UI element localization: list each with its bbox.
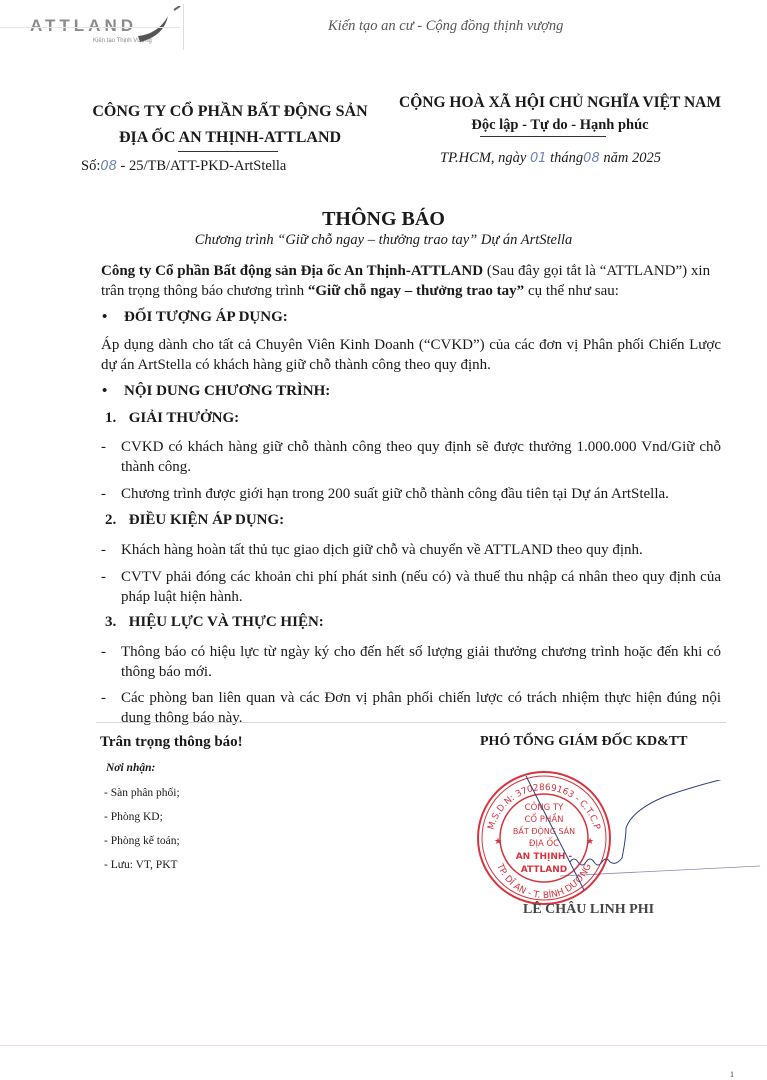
- item-number: 2.: [105, 512, 125, 529]
- bullet-text: Các phòng ban liên quan và các Đơn vị ph…: [121, 690, 721, 726]
- signer-name: LÊ CHÂU LINH PHI: [523, 902, 654, 918]
- company-underline: [178, 151, 278, 152]
- date-day: 01: [530, 151, 547, 166]
- nation-line-1: CỘNG HOÀ XÃ HỘI CHỦ NGHĨA VIỆT NAM: [395, 91, 725, 114]
- page-number: 1: [730, 1070, 734, 1079]
- item-heading-text: HIỆU LỰC VÀ THỰC HIỆN:: [129, 614, 324, 630]
- section-heading-text: NỘI DUNG CHƯƠNG TRÌNH:: [124, 383, 330, 399]
- item-heading-text: GIẢI THƯỞNG:: [129, 410, 239, 426]
- intro-tail: cụ thể như sau:: [524, 283, 619, 299]
- recipients-label: Nơi nhận:: [106, 762, 155, 774]
- docno-suffix: - 25/TB/ATT-PKD-ArtStella: [117, 158, 286, 174]
- document-subtitle: Chương trình “Giữ chỗ ngay – thưởng trao…: [0, 232, 767, 249]
- dash-icon: -: [101, 642, 106, 662]
- date-mid: tháng: [547, 150, 584, 166]
- logo-swoosh-icon: [128, 6, 188, 46]
- dateline: TP.HCM, ngày 01 tháng08 năm 2025: [440, 150, 661, 167]
- docno-handwritten: 08: [100, 159, 117, 174]
- bullet-text: CVKD có khách hàng giữ chỗ thành công th…: [121, 439, 721, 475]
- letterhead: ATTLAND Kiến tạo Thịnh Vượng Kiến tạo an…: [0, 0, 767, 52]
- nation-underline: [480, 136, 606, 137]
- bullet-text: Chương trình được giới hạn trong 200 suấ…: [121, 486, 669, 502]
- bullet-icon: •: [102, 309, 107, 326]
- logo-text: ATTLAND: [30, 16, 137, 36]
- item-1-bullet-2: - Chương trình được giới hạn trong 200 s…: [121, 484, 721, 504]
- dash-icon: -: [101, 567, 106, 587]
- item-3-heading: 3. HIỆU LỰC VÀ THỰC HIỆN:: [105, 614, 324, 631]
- header-rule: [0, 27, 180, 28]
- company-name: CÔNG TY CỔ PHẦN BẤT ĐỘNG SẢN ĐỊA ỐC AN T…: [80, 99, 380, 151]
- scan-edge-line: [0, 1045, 767, 1046]
- svg-text:ĐỊA ỐC: ĐỊA ỐC: [529, 836, 559, 849]
- section-content-heading: • NỘI DUNG CHƯƠNG TRÌNH:: [124, 383, 330, 400]
- closing-regards: Trân trọng thông báo!: [100, 734, 243, 751]
- dash-icon: -: [101, 688, 106, 708]
- date-suffix: năm 2025: [600, 150, 661, 166]
- company-line-1: CÔNG TY CỔ PHẦN BẤT ĐỘNG SẢN: [80, 99, 380, 125]
- bullet-text: Thông báo có hiệu lực từ ngày ký cho đến…: [121, 644, 721, 680]
- item-3-bullet-1: - Thông báo có hiệu lực từ ngày ký cho đ…: [121, 642, 721, 682]
- company-logo: ATTLAND Kiến tạo Thịnh Vượng: [18, 6, 178, 50]
- dash-icon: -: [101, 437, 106, 457]
- document-number: Số:08 - 25/TB/ATT-PKD-ArtStella: [81, 158, 286, 175]
- item-number: 3.: [105, 614, 125, 631]
- item-2-bullet-1: - Khách hàng hoàn tất thủ tục giao dịch …: [121, 540, 721, 560]
- nation-line-2: Độc lập - Tự do - Hạnh phúc: [395, 114, 725, 137]
- document-title: THÔNG BÁO: [0, 208, 767, 231]
- recipient-item: - Lưu: VT, PKT: [104, 859, 178, 871]
- section-target-text: Áp dụng dành cho tất cả Chuyên Viên Kinh…: [101, 335, 721, 375]
- signer-title: PHÓ TỔNG GIÁM ĐỐC KD&TT: [480, 734, 687, 750]
- intro-program: “Giữ chỗ ngay – thưởng trao tay”: [308, 283, 524, 299]
- item-heading-text: ĐIỀU KIỆN ÁP DỤNG:: [129, 512, 284, 528]
- intro-paragraph: Công ty Cổ phần Bất động sản Địa ốc An T…: [101, 261, 721, 301]
- scan-divider: [96, 722, 726, 723]
- item-1-heading: 1. GIẢI THƯỞNG:: [105, 410, 239, 427]
- recipient-item: - Phòng KD;: [104, 811, 163, 823]
- national-motto: CỘNG HOÀ XÃ HỘI CHỦ NGHĨA VIỆT NAM Độc l…: [395, 91, 725, 137]
- bullet-icon: •: [102, 383, 107, 400]
- bullet-text: CVTV phải đóng các khoản chi phí phát si…: [121, 569, 721, 605]
- dash-icon: -: [101, 540, 106, 560]
- dash-icon: -: [101, 484, 106, 504]
- company-line-2: ĐỊA ỐC AN THỊNH-ATTLAND: [80, 125, 380, 151]
- recipient-item: - Phòng kế toán;: [104, 835, 180, 847]
- date-month: 08: [583, 151, 600, 166]
- header-divider: [183, 4, 184, 50]
- item-1-bullet-1: - CVKD có khách hàng giữ chỗ thành công …: [121, 437, 721, 477]
- item-number: 1.: [105, 410, 125, 427]
- section-heading-text: ĐỐI TƯỢNG ÁP DỤNG:: [124, 309, 288, 325]
- recipient-item: - Sàn phân phối;: [104, 787, 180, 799]
- svg-text:★: ★: [494, 836, 502, 846]
- section-target-heading: • ĐỐI TƯỢNG ÁP DỤNG:: [124, 309, 288, 326]
- item-2-bullet-2: - CVTV phải đóng các khoản chi phí phát …: [121, 567, 721, 607]
- slogan: Kiến tạo an cư - Cộng đồng thịnh vượng: [328, 18, 563, 35]
- item-2-heading: 2. ĐIỀU KIỆN ÁP DỤNG:: [105, 512, 284, 529]
- bullet-text: Khách hàng hoàn tất thủ tục giao dịch gi…: [121, 542, 643, 558]
- svg-text:CỔ PHẦN: CỔ PHẦN: [524, 812, 563, 825]
- signature-scribble-icon: [560, 780, 767, 900]
- date-prefix: TP.HCM, ngày: [440, 150, 530, 166]
- intro-company: Công ty Cổ phần Bất động sản Địa ốc An T…: [101, 263, 483, 279]
- docno-prefix: Số:: [81, 158, 100, 174]
